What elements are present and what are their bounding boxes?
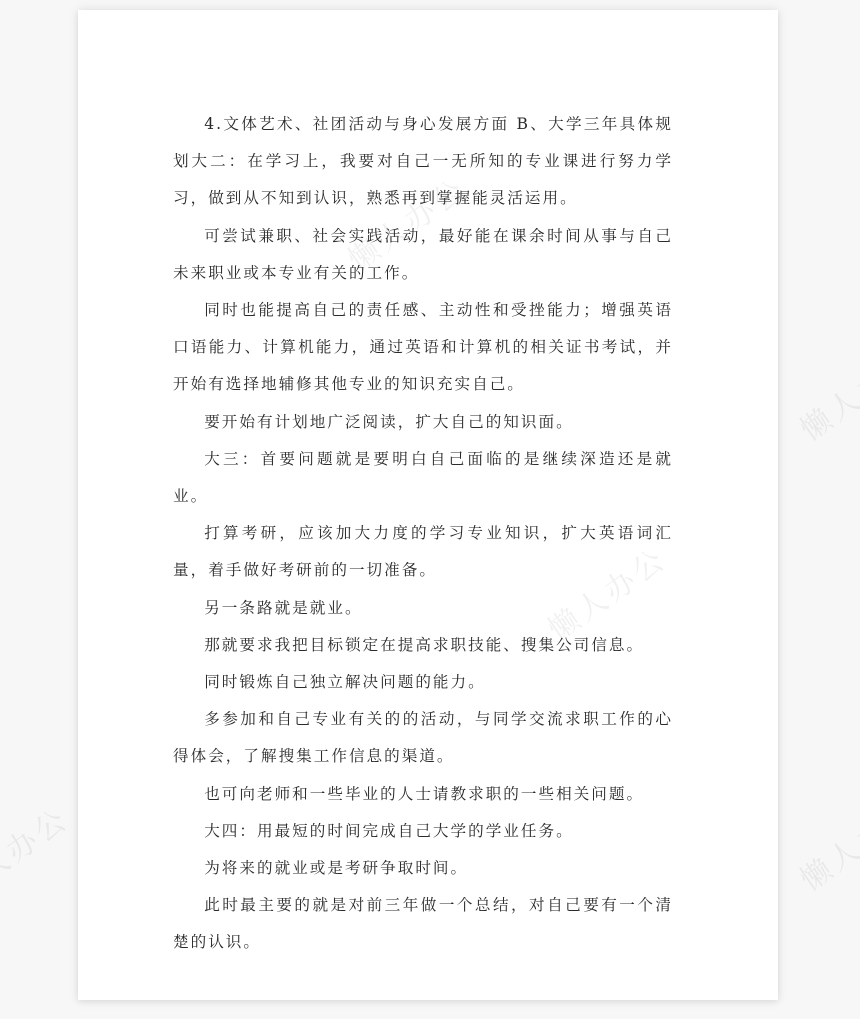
paragraph-employment-path: 另一条路就是就业。 [173,590,673,627]
paragraph-graduate-exam: 打算考研，应该加大力度的学习专业知识，扩大英语词汇量，着手做好考研前的一切准备。 [173,515,673,589]
watermark-text: 懒人办公 [790,785,860,899]
paragraph-summary: 此时最主要的就是对前三年做一个总结，对自己要有一个清楚的认识。 [173,887,673,961]
paragraph-job-skills: 那就要求我把目标锁定在提高求职技能、搜集公司信息。 [173,627,673,664]
document-page: 4.文体艺术、社团活动与身心发展方面 B、大学三年具体规划大二：在学习上，我要对… [78,10,778,1000]
paragraph-part-time-jobs: 可尝试兼职、社会实践活动，最好能在课余时间从事与自己未来职业或本专业有关的工作。 [173,218,673,292]
paragraph-consult-teachers: 也可向老师和一些毕业的人士请教求职的一些相关问题。 [173,776,673,813]
paragraph-senior-year: 大四：用最短的时间完成自己大学的学业任务。 [173,813,673,850]
paragraph-arts-and-sophomore-plan: 4.文体艺术、社团活动与身心发展方面 B、大学三年具体规划大二：在学习上，我要对… [173,106,673,218]
paragraph-activities: 多参加和自己专业有关的的活动，与同学交流求职工作的心得体会，了解搜集工作信息的渠… [173,701,673,775]
document-body: 4.文体艺术、社团活动与身心发展方面 B、大学三年具体规划大二：在学习上，我要对… [173,106,673,962]
watermark-text: 懒人办公 [790,335,860,449]
paragraph-problem-solving: 同时锻炼自己独立解决问题的能力。 [173,664,673,701]
paragraph-reading: 要开始有计划地广泛阅读，扩大自己的知识面。 [173,404,673,441]
watermark-text: 懒人办公 [0,795,76,909]
paragraph-save-time: 为将来的就业或是考研争取时间。 [173,850,673,887]
paragraph-skills: 同时也能提高自己的责任感、主动性和受挫能力；增强英语口语能力、计算机能力，通过英… [173,292,673,404]
paragraph-junior-year: 大三：首要问题就是要明白自己面临的是继续深造还是就业。 [173,441,673,515]
